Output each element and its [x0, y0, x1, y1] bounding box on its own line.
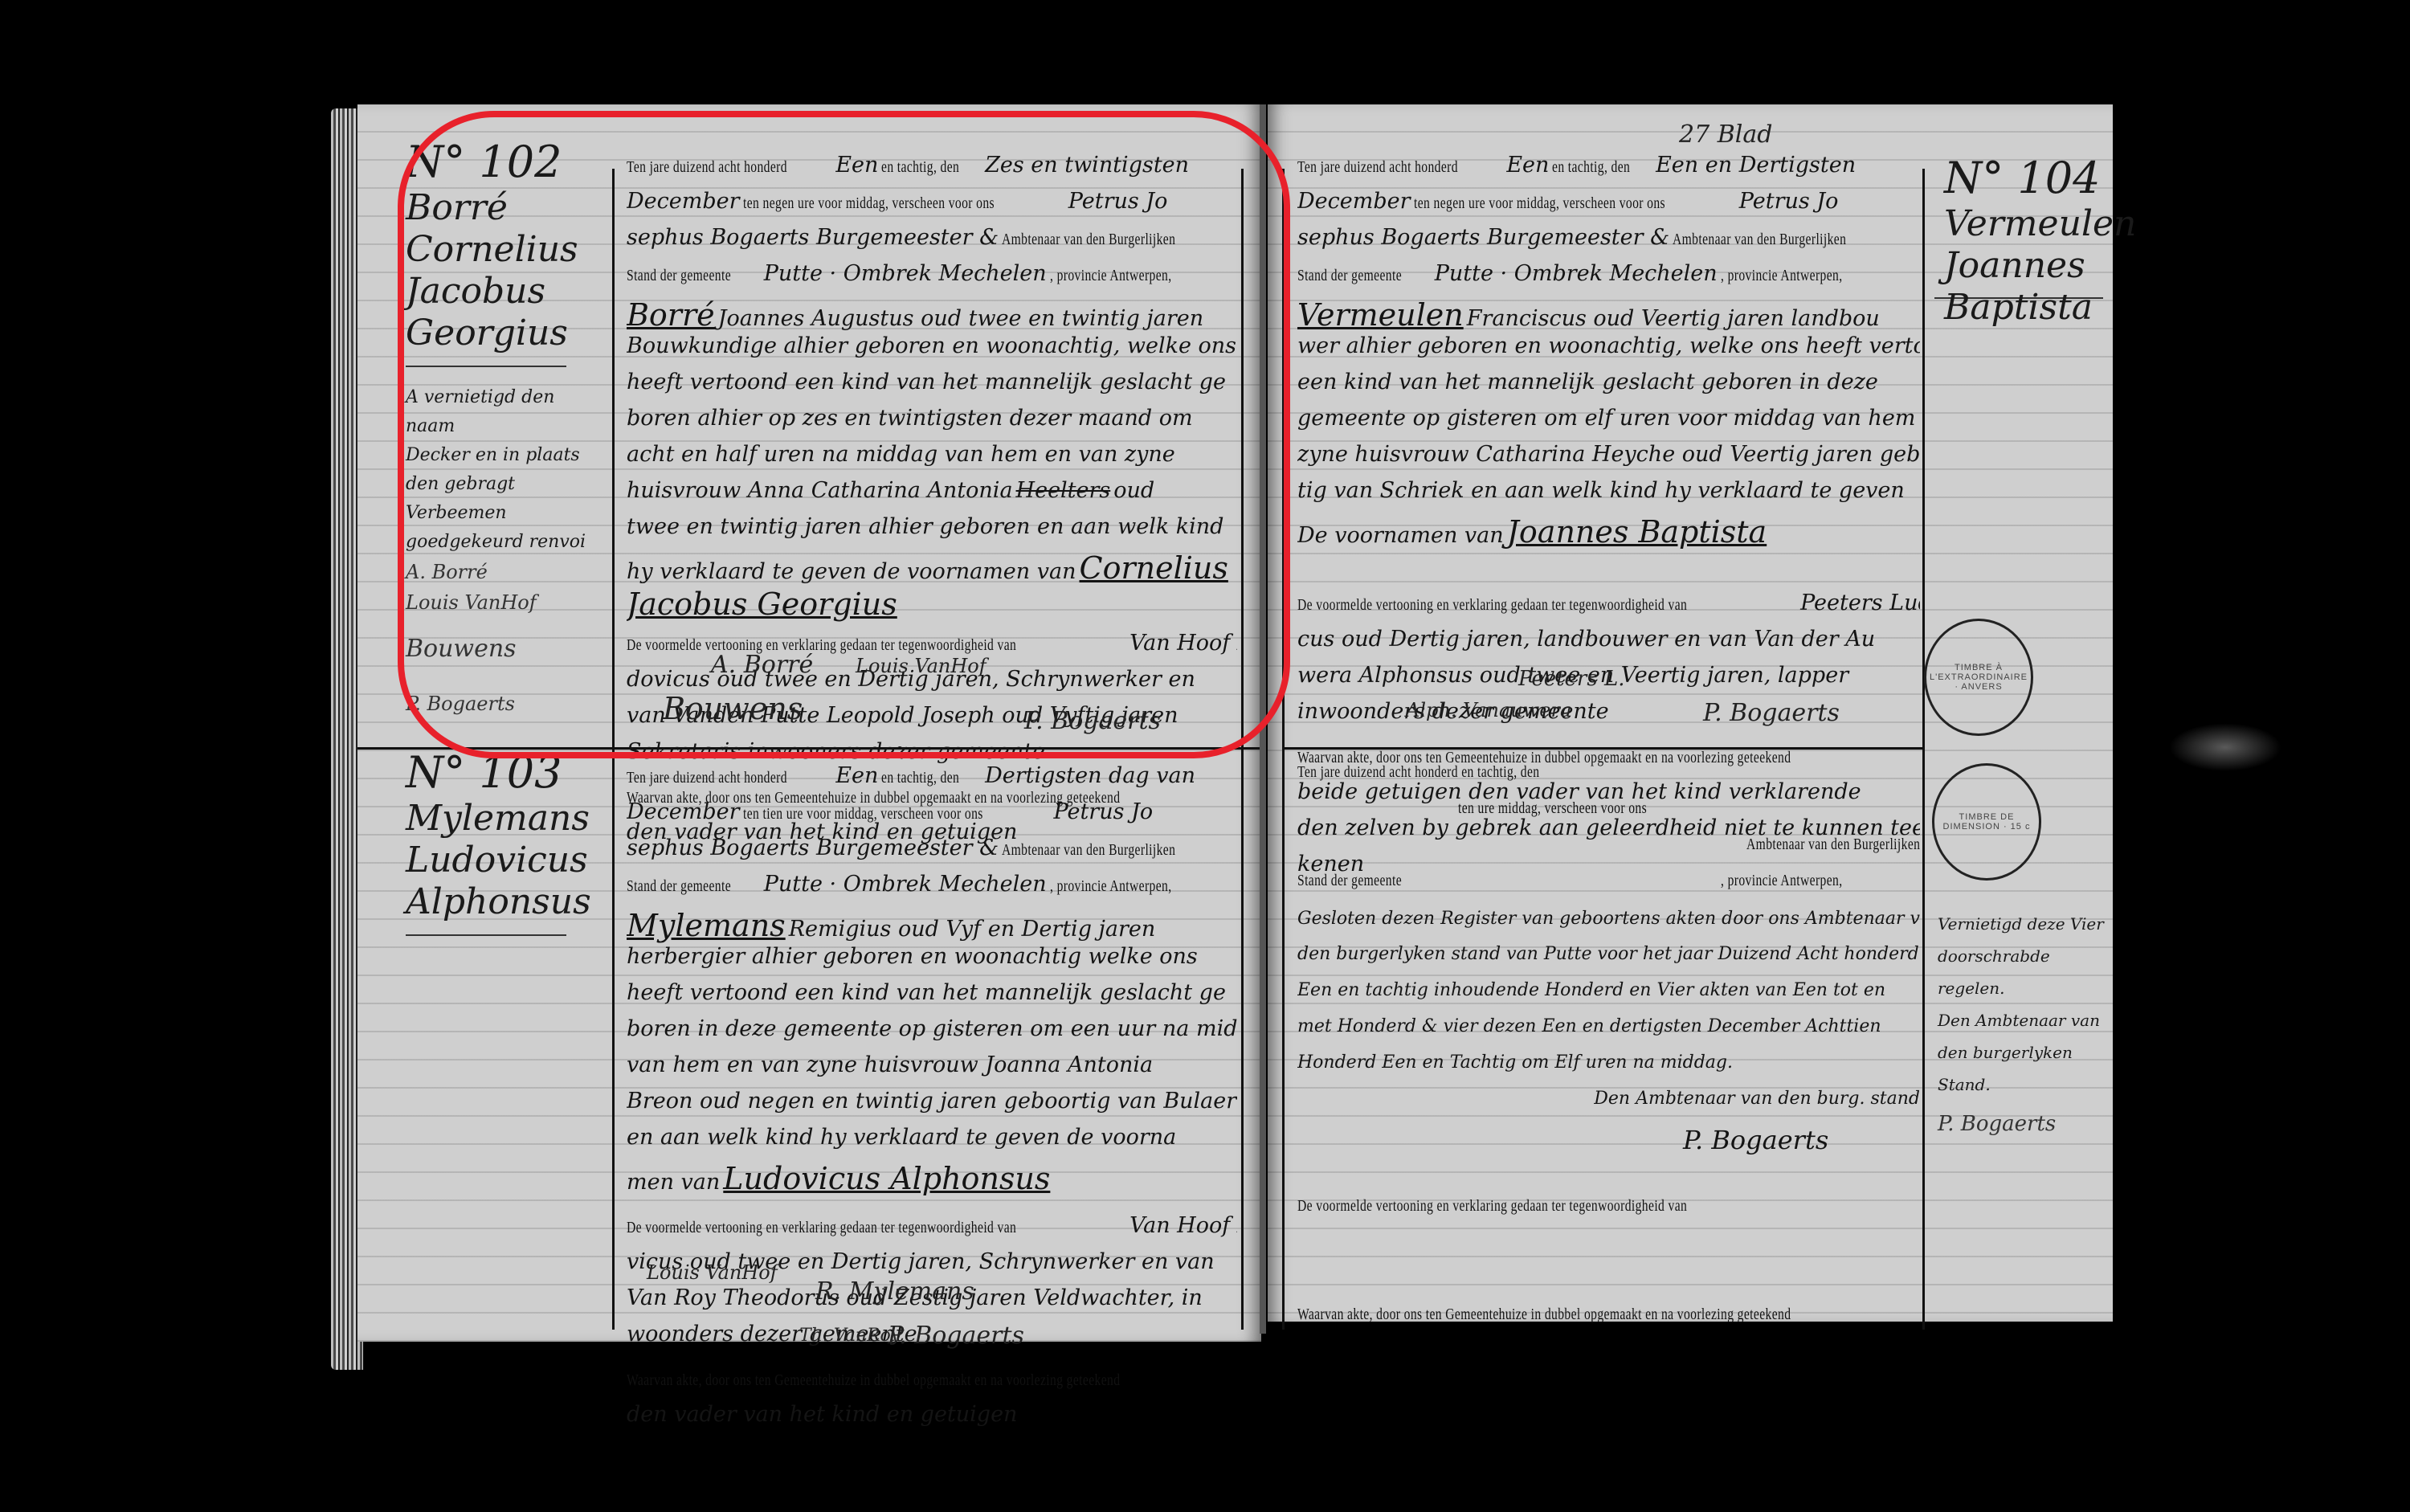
signature: P. Bogaerts	[1703, 699, 1840, 727]
closure-line: met Honderd & vier dezen Een en dertigst…	[1297, 1016, 1920, 1052]
text-line: Breon oud negen en twintig jaren geboort…	[627, 1089, 1237, 1125]
signature: Louis VanHof	[647, 1261, 778, 1284]
entry-104-signatures: Peeters L. Alph. Vanauwera P. Bogaerts	[1382, 667, 1864, 731]
entry-number: N° 104	[1944, 153, 2105, 203]
text-line: De voornamen van Joannes Baptista	[1297, 514, 1920, 550]
witness-line: cus oud Dertig jaren, landbouwer en van …	[1297, 627, 1920, 663]
text-line: Mylemans Remigius oud Vyf en Dertig jare…	[627, 908, 1237, 944]
closure-line: Honderd Een en Tachtig om Elf uren na mi…	[1297, 1052, 1920, 1089]
scan-glare	[2169, 723, 2281, 771]
text-line: Ten jare duizend acht honderd Een en tac…	[627, 763, 1237, 799]
margin-surname: Vermeulen	[1944, 203, 2105, 245]
entry-103-signatures: Louis VanHof R. Mylemans Th. VanRoy P. B…	[631, 1261, 1193, 1358]
text-line: December ten tien ure voor middag, versc…	[627, 799, 1237, 836]
margin-divider	[406, 934, 566, 936]
tax-stamp: TIMBRE DE DIMENSION · 15 c	[1932, 763, 2041, 881]
text-line: wer alhier geboren en woonachtig, welke …	[1297, 333, 1920, 370]
closure-signature: P. Bogaerts	[1297, 1125, 1920, 1173]
tax-stamp: TIMBRE À L'EXTRAORDINAIRE · ANVERS	[1924, 619, 2033, 736]
closure-margin-note: Vernietigd deze Vier doorschrabde regele…	[1938, 908, 2106, 1139]
entry-103-margin: N° 103 Mylemans Ludovicus Alphonsus	[406, 747, 607, 947]
text-line: zyne huisvrouw Catharina Heyche oud Veer…	[1297, 442, 1920, 478]
highlight-annotation	[398, 111, 1290, 758]
struck-form-line: ten ure middag, verscheen voor ons	[1297, 799, 1920, 836]
struck-form-line: Ambtenaar van den Burgerlijken	[1297, 836, 1920, 872]
text-line: van hem en van zyne huisvrouw Joanna Ant…	[627, 1052, 1237, 1089]
margin-firstname: Alphonsus	[406, 881, 607, 923]
signature: Peeters L.	[1518, 667, 1625, 691]
text-line: men van Ludovicus Alphonsus	[627, 1161, 1237, 1197]
register-closure: Ten jare duizend acht honderd en tachtig…	[1297, 763, 1920, 1342]
entry-104-margin: N° 104 Vermeulen Joannes Baptista	[1944, 153, 2105, 329]
text-line: tig van Schriek en aan welk kind hy verk…	[1297, 478, 1920, 514]
text-line: Stand der gemeente Putte · Ombrek Mechel…	[1297, 261, 1920, 297]
text-line: December ten negen ure voor middag, vers…	[1297, 189, 1920, 225]
text-line: Vermeulen Franciscus oud Veertig jaren l…	[1297, 297, 1920, 333]
text-line: gemeente op gisteren om elf uren voor mi…	[1297, 406, 1920, 442]
signature: Alph. Vanauwera	[1406, 699, 1571, 721]
text-line: heeft vertoond een kind van het mannelij…	[627, 980, 1237, 1016]
text-line: Stand der gemeente Putte · Ombrek Mechel…	[627, 872, 1237, 908]
margin-surname: Mylemans	[406, 798, 607, 840]
text-line: boren in deze gemeente op gisteren om ee…	[627, 1016, 1237, 1052]
closing-line: Waarvan akte, door ons ten Gemeentehuize…	[627, 1366, 1237, 1402]
struck-form-line: Stand der gemeente, provincie Antwerpen,	[1297, 872, 1920, 908]
closure-line: Gesloten dezen Register van geboortens a…	[1297, 908, 1920, 944]
text-line: herbergier alhier geboren en woonachtig …	[627, 944, 1237, 980]
witness-line: De voormelde vertooning en verklaring ge…	[1297, 590, 1920, 627]
witness-line: De voormelde vertooning en verklaring ge…	[627, 1213, 1237, 1249]
closing-line: Waarvan akte, door ons ten Gemeentehuize…	[1297, 1306, 1920, 1342]
signature: P. Bogaerts	[888, 1322, 1024, 1350]
witness-line: De voormelde vertooning en verklaring ge…	[1297, 1197, 1920, 1233]
text-line: sephus Bogaerts Burgemeester & Ambtenaar…	[1297, 225, 1920, 261]
closing-line: den vader van het kind en getuigen	[627, 1402, 1237, 1438]
closure-line: Een en tachtig inhoudende Honderd en Vie…	[1297, 980, 1920, 1016]
margin-firstname: Joannes	[1944, 245, 2105, 287]
struck-form-line: Ten jare duizend acht honderd en tachtig…	[1297, 763, 1920, 799]
signature: Th. VanRoy	[799, 1326, 901, 1346]
closure-signoff: Den Ambtenaar van den burg. stand	[1297, 1089, 1920, 1125]
margin-firstname: Ludovicus	[406, 840, 607, 881]
text-line: Ten jare duizend acht honderd Een en tac…	[1297, 153, 1920, 189]
text-line: een kind van het mannelijk geslacht gebo…	[1297, 370, 1920, 406]
closure-line: den burgerlyken stand van Putte voor het…	[1297, 944, 1920, 980]
page-number: 27 Blad	[1679, 121, 1772, 149]
text-line: en aan welk kind hy verklaard te geven d…	[627, 1125, 1237, 1161]
signature: R. Mylemans	[815, 1277, 974, 1306]
margin-firstname: Baptista	[1944, 287, 2105, 329]
text-line: sephus Bogaerts Burgemeester & Ambtenaar…	[627, 836, 1237, 872]
